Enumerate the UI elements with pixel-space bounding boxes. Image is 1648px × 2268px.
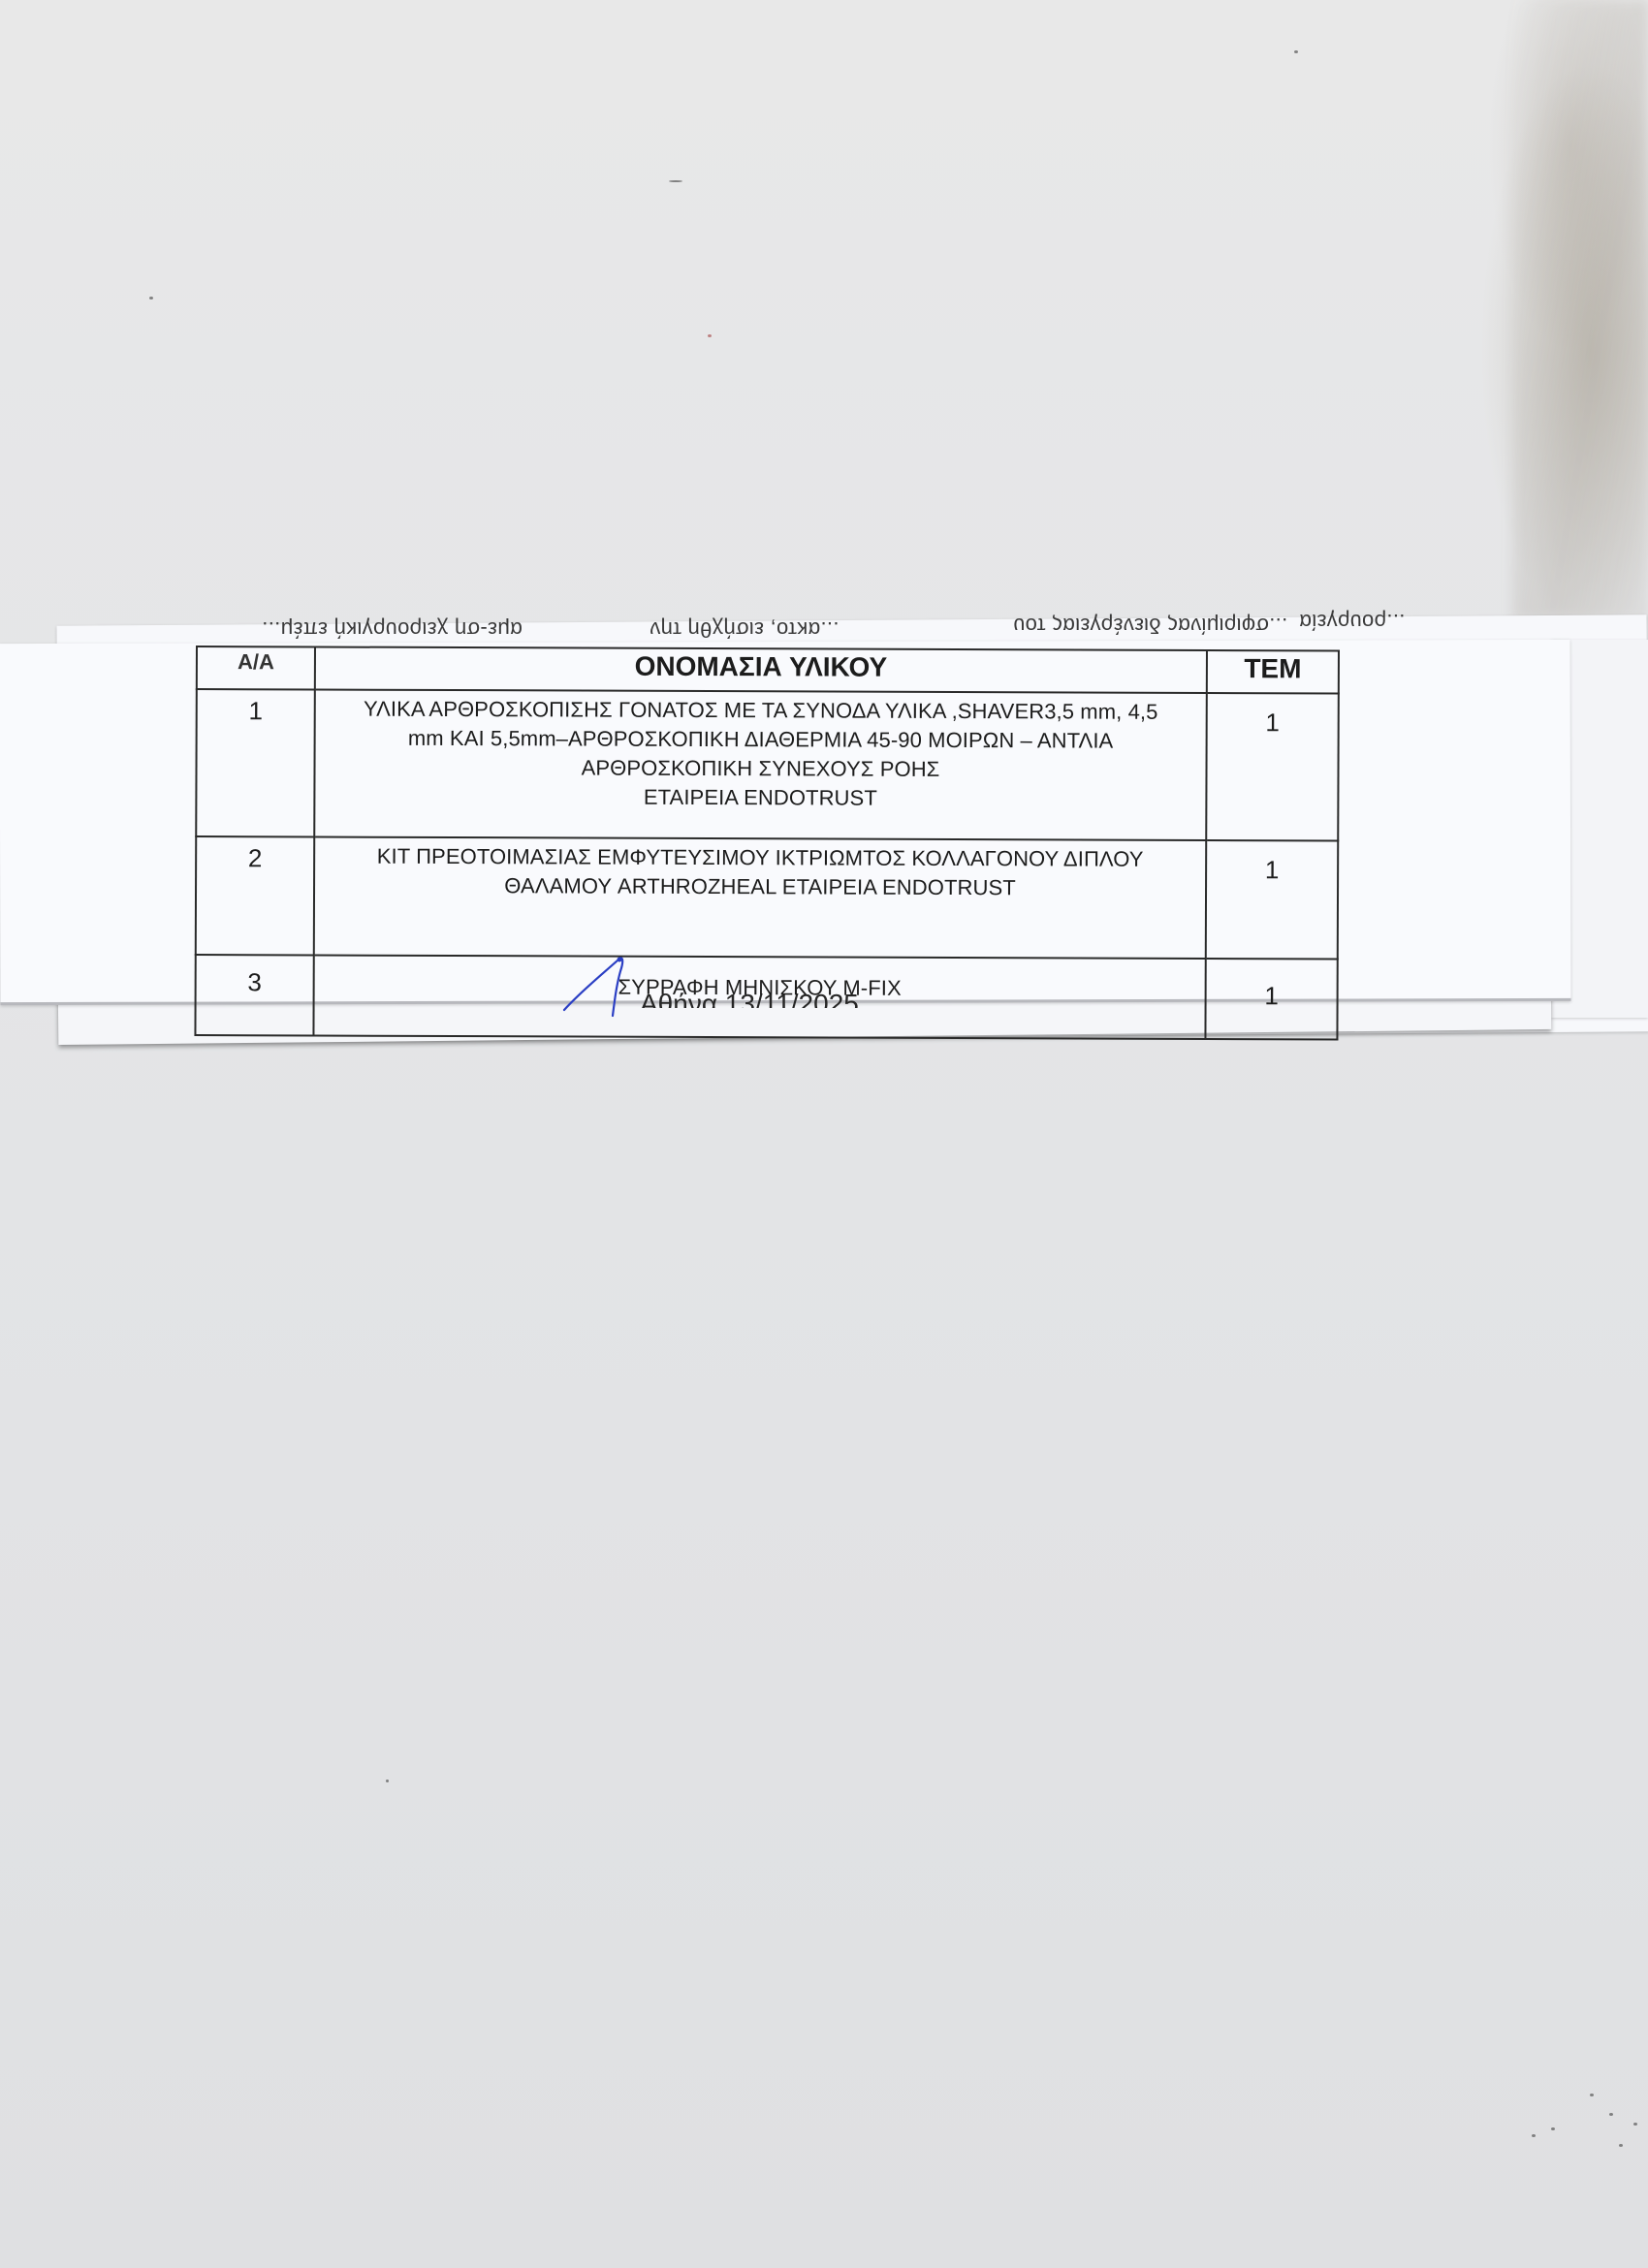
row-number: 1 <box>196 689 315 836</box>
row-material-name: ΥΛΙΚΑ ΑΡΘΡΟΣΚΟΠΙΣΗΣ ΓΟΝΑΤΟΣ ΜΕ ΤΑ ΣΥΝΟΔΑ… <box>314 689 1207 840</box>
dust-speck <box>1619 2144 1623 2147</box>
materials-table: Α/Α ΟΝΟΜΑΣΙΑ ΥΛΙΚΟΥ ΤΕΜ 1 ΥΛΙΚΑ ΑΡΘΡΟΣΚΟ… <box>194 646 1340 1041</box>
name-line: ΑΡΘΡΟΣΚΟΠΙΚΗ ΣΥΝΕΧΟΥΣ ΡΟΗΣ <box>342 753 1178 785</box>
header-number: Α/Α <box>197 646 315 689</box>
dust-speck <box>669 180 682 182</box>
row-quantity: 1 <box>1205 959 1337 1040</box>
dust-speck <box>708 334 712 337</box>
name-line: ΥΛΙΚΑ ΑΡΘΡΟΣΚΟΠΙΣΗΣ ΓΟΝΑΤΟΣ ΜΕ ΤΑ ΣΥΝΟΔΑ… <box>343 695 1179 727</box>
dust-speck <box>1590 2094 1594 2096</box>
name-line: mm ΚΑΙ 5,5mm–ΑΡΘΡΟΣΚΟΠΙΚΗ ΔΙΑΘΕΡΜΙΑ 45-9… <box>343 724 1179 756</box>
row-number: 3 <box>195 955 313 1035</box>
row-quantity: 1 <box>1206 840 1338 960</box>
dust-speck <box>1294 50 1298 53</box>
dust-speck <box>1532 2134 1536 2137</box>
table-row: 1 ΥΛΙΚΑ ΑΡΘΡΟΣΚΟΠΙΣΗΣ ΓΟΝΑΤΟΣ ΜΕ ΤΑ ΣΥΝΟ… <box>196 689 1339 841</box>
bleed-through-text: ...ακτο, εισήχθη την <box>650 616 839 642</box>
dust-speck <box>149 297 153 299</box>
pen-signature-mark <box>562 952 650 1020</box>
dust-speck <box>1633 2123 1637 2126</box>
header-material-name: ΟΝΟΜΑΣΙΑ ΥΛΙΚΟΥ <box>315 646 1207 693</box>
table-row: 3 ΣΥΡΡΑΦΗ ΜΗΝΙΣΚΟΥ M-FIX 1 <box>195 955 1337 1040</box>
scan-stain <box>1512 0 1648 620</box>
bleed-through-text: αμε-ση χειρουργική επέμ... <box>262 616 523 642</box>
row-material-name: ΣΥΡΡΑΦΗ ΜΗΝΙΣΚΟΥ M-FIX <box>313 955 1205 1039</box>
row-material-name: ΚΙΤ ΠΡΕΟΤΟΙΜΑΣΙΑΣ ΕΜΦΥΤΕΥΣΙΜΟΥ ΙΚΤΡΙΩΜΤΟ… <box>314 836 1206 959</box>
table-header-row: Α/Α ΟΝΟΜΑΣΙΑ ΥΛΙΚΟΥ ΤΕΜ <box>197 646 1339 694</box>
name-line: ΣΥΡΡΑΦΗ ΜΗΝΙΣΚΟΥ M-FIX <box>342 972 1178 1004</box>
dust-speck <box>386 1780 389 1782</box>
dust-speck <box>1551 2127 1555 2130</box>
name-line: ΚΙΤ ΠΡΕΟΤΟΙΜΑΣΙΑΣ ΕΜΦΥΤΕΥΣΙΜΟΥ ΙΚΤΡΙΩΜΤΟ… <box>342 842 1178 874</box>
header-quantity: ΤΕΜ <box>1207 650 1339 694</box>
name-line: ΕΤΑΙΡΕΙΑ ENDOTRUST <box>342 782 1178 814</box>
scanner-background <box>0 0 1648 2268</box>
dust-speck <box>1609 2113 1613 2116</box>
bleed-through-text: ...σφιριμίνας διενέργειας του <box>1013 613 1287 638</box>
row-number: 2 <box>196 836 314 955</box>
row-quantity: 1 <box>1206 693 1339 841</box>
table-row: 2 ΚΙΤ ΠΡΕΟΤΟΙΜΑΣΙΑΣ ΕΜΦΥΤΕΥΣΙΜΟΥ ΙΚΤΡΙΩΜ… <box>196 836 1338 960</box>
name-line: ΘΑΛΑΜΟΥ ARTHROZHEAL ΕΤΑΙΡΕΙΑ ENDOTRUST <box>342 871 1178 903</box>
bleed-through-text: ...ρουργεία <box>1299 609 1405 634</box>
